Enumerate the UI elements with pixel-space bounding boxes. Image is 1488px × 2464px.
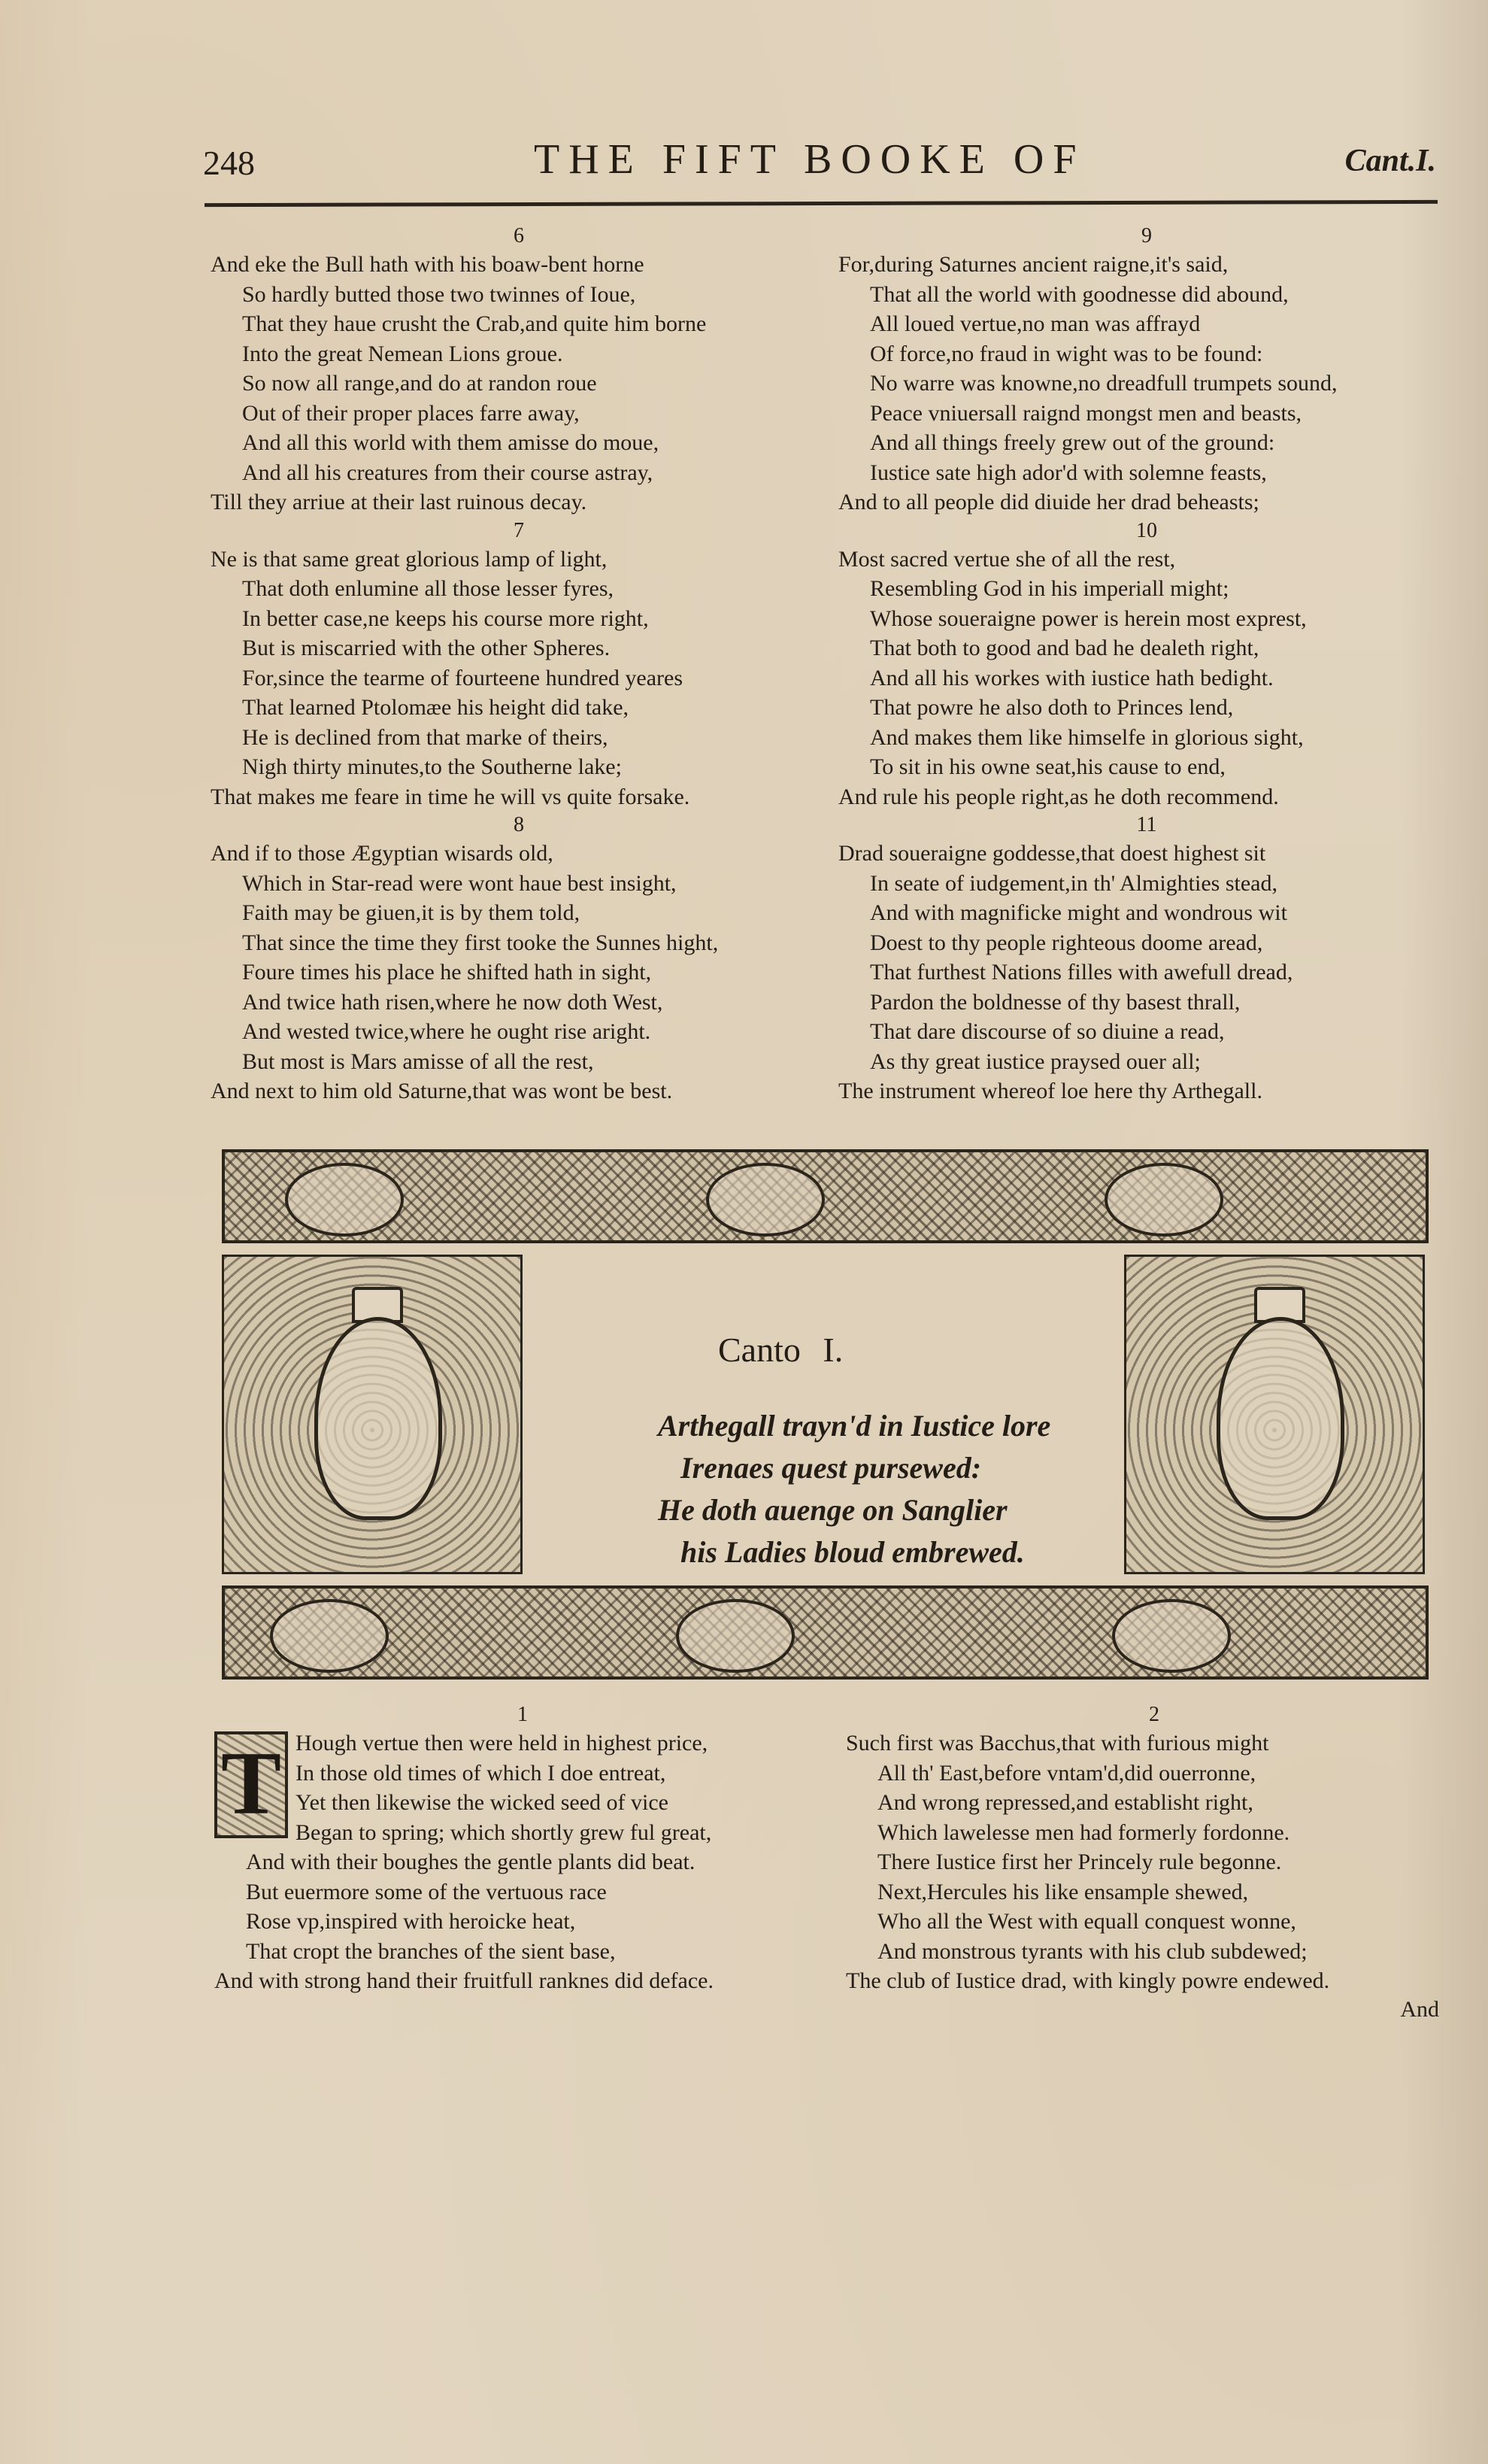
stanza-number: 2 — [846, 1701, 1462, 1728]
verse-line: And with strong hand their fruitfull ran… — [214, 1966, 831, 1996]
verse-line: That all the world with goodnesse did ab… — [838, 280, 1455, 310]
upper-left-column: 6And eke the Bull hath with his boaw-ben… — [211, 223, 827, 1106]
verse-line: As thy great iustice praysed ouer all; — [838, 1047, 1455, 1077]
stanza-number: 7 — [211, 517, 827, 545]
verse-line: That powre he also doth to Princes lend, — [838, 693, 1455, 723]
verse-line: That doth enlumine all those lesser fyre… — [211, 574, 827, 604]
verse-line: To sit in his owne seat,his cause to end… — [838, 752, 1455, 782]
argument-line: his Ladies bloud embrewed. — [658, 1531, 1050, 1573]
verse-line: And monstrous tyrants with his club subd… — [846, 1937, 1462, 1967]
verse-line: Which lawelesse men had formerly fordonn… — [846, 1818, 1462, 1848]
verse-line: And to all people did diuide her drad be… — [838, 487, 1455, 517]
running-title: THE FIFT BOOKE OF — [534, 135, 1085, 184]
section-marker: Cant.I. — [1345, 143, 1436, 179]
verse-line: So hardly butted those two twinnes of Io… — [211, 280, 827, 310]
phoenix-woodcut-icon — [1124, 1255, 1425, 1574]
verse-line: That learned Ptolomæe his height did tak… — [211, 693, 827, 723]
verse-line: And rule his people right,as he doth rec… — [838, 782, 1455, 812]
stanza: 6And eke the Bull hath with his boaw-ben… — [211, 223, 827, 517]
verse-line: Foure times his place he shifted hath in… — [211, 957, 827, 988]
verse-line: Till they arriue at their last ruinous d… — [211, 487, 827, 517]
verse-line: Ne is that same great glorious lamp of l… — [211, 545, 827, 575]
vase-ornament-icon — [706, 1163, 825, 1237]
verse-line: Such first was Bacchus,that with furious… — [846, 1728, 1462, 1758]
stanza-number: 11 — [838, 812, 1455, 839]
verse-line: And makes them like himselfe in glorious… — [838, 723, 1455, 753]
verse-line: Rose vp,inspired with heroicke heat, — [214, 1907, 831, 1937]
verse-line: And if to those Ægyptian wisards old, — [211, 839, 827, 869]
verse-line: The instrument whereof loe here thy Arth… — [838, 1076, 1455, 1106]
verse-line: Of force,no fraud in wight was to be fou… — [838, 339, 1455, 369]
verse-line: Drad soueraigne goddesse,that doest high… — [838, 839, 1455, 869]
verse-line: That they haue crusht the Crab,and quite… — [211, 309, 827, 339]
ornamental-dropcap-icon: T — [214, 1731, 288, 1838]
vase-ornament-icon — [1112, 1599, 1231, 1673]
verse-line: Into the great Nemean Lions groue. — [211, 339, 827, 369]
woodcut-border-icon — [222, 1149, 1429, 1243]
verse-line: Which in Star-read were wont haue best i… — [211, 869, 827, 899]
argument-line: He doth auenge on Sanglier — [658, 1489, 1050, 1531]
header-rule — [205, 200, 1438, 207]
upper-right-column: 9For,during Saturnes ancient raigne,it's… — [838, 223, 1455, 1106]
verse-line: So now all range,and do at randon roue — [211, 369, 827, 399]
verse-line: But most is Mars amisse of all the rest, — [211, 1047, 827, 1077]
argument-line: Irenaes quest pursewed: — [658, 1447, 1050, 1489]
verse-line: In seate of iudgement,in th' Almighties … — [838, 869, 1455, 899]
verse-line: All loued vertue,no man was affrayd — [838, 309, 1455, 339]
verse-line: And all this world with them amisse do m… — [211, 428, 827, 458]
verse-line: Resembling God in his imperiall might; — [838, 574, 1455, 604]
verse-line: Hough vertue then were held in highest p… — [214, 1728, 831, 1758]
verse-line: He is declined from that marke of theirs… — [211, 723, 827, 753]
page-number: 248 — [203, 143, 255, 183]
stanza: 11Drad soueraigne goddesse,that doest hi… — [838, 812, 1455, 1106]
verse-line: And with magnificke might and wondrous w… — [838, 898, 1455, 928]
verse-line: In better case,ne keeps his course more … — [211, 604, 827, 634]
verse-line: Next,Hercules his like ensample shewed, — [846, 1877, 1462, 1907]
canto-header: Canto I. Arthegall trayn'd in Iustice lo… — [222, 1149, 1429, 1676]
canto-title: Canto I. — [718, 1330, 843, 1370]
running-head: 248 THE FIFT BOOKE OF Cant.I. — [203, 135, 1436, 196]
verse-line: And next to him old Saturne,that was won… — [211, 1076, 827, 1106]
argument-line: Arthegall trayn'd in Iustice lore — [658, 1405, 1050, 1447]
verse-line: Most sacred vertue she of all the rest, — [838, 545, 1455, 575]
verse-line: That furthest Nations filles with aweful… — [838, 957, 1455, 988]
verse-line: And wested twice,where he ought rise ari… — [211, 1017, 827, 1047]
verse-line: Who all the West with equall conquest wo… — [846, 1907, 1462, 1937]
verse-line: Peace vniuersall raignd mongst men and b… — [838, 399, 1455, 429]
verse-line: And wrong repressed,and establisht right… — [846, 1788, 1462, 1818]
verse-line: In those old times of which I doe entrea… — [214, 1758, 831, 1789]
stanza: 7Ne is that same great glorious lamp of … — [211, 517, 827, 812]
verse-line: Pardon the boldnesse of thy basest thral… — [838, 988, 1455, 1018]
phoenix-icon — [1217, 1317, 1344, 1520]
verse-line: That makes me feare in time he will vs q… — [211, 782, 827, 812]
verse-line: And all his creatures from their course … — [211, 458, 827, 488]
stanza: 8And if to those Ægyptian wisards old,Wh… — [211, 812, 827, 1106]
canto-title-block: Canto I. Arthegall trayn'd in Iustice lo… — [523, 1255, 1124, 1574]
verse-line: Doest to thy people righteous doome area… — [838, 928, 1455, 958]
verse-line: And eke the Bull hath with his boaw-bent… — [211, 250, 827, 280]
verse-line: And all things freely grew out of the gr… — [838, 428, 1455, 458]
verse-line: No warre was knowne,no dreadfull trumpet… — [838, 369, 1455, 399]
verse-line: That both to good and bad he dealeth rig… — [838, 633, 1455, 663]
stanza-number: 1 — [214, 1701, 831, 1728]
lower-left-column: 1 T Hough vertue then were held in highe… — [214, 1701, 831, 1996]
verse-line: Out of their proper places farre away, — [211, 399, 827, 429]
stanza: 9For,during Saturnes ancient raigne,it's… — [838, 223, 1455, 517]
verse-line: But euermore some of the vertuous race — [214, 1877, 831, 1907]
canto-argument: Arthegall trayn'd in Iustice lore Irenae… — [658, 1405, 1050, 1573]
verse-line: That dare discourse of so diuine a read, — [838, 1017, 1455, 1047]
vase-ornament-icon — [676, 1599, 795, 1673]
stanza: 10Most sacred vertue she of all the rest… — [838, 517, 1455, 812]
lower-right-column: 2 Such first was Bacchus,that with furio… — [846, 1701, 1462, 1996]
stanza-number: 10 — [838, 517, 1455, 545]
vase-ornament-icon — [1105, 1163, 1223, 1237]
woodcut-border-icon — [222, 1586, 1429, 1680]
verse-line: For,during Saturnes ancient raigne,it's … — [838, 250, 1455, 280]
stanza-number: 6 — [211, 223, 827, 250]
verse-line: The club of Iustice drad, with kingly po… — [846, 1966, 1462, 1996]
verse-line: And all his workes with iustice hath bed… — [838, 663, 1455, 693]
verse-line: Iustice sate high ador'd with solemne fe… — [838, 458, 1455, 488]
verse-line: Whose soueraigne power is herein most ex… — [838, 604, 1455, 634]
catchword: And — [1400, 1997, 1439, 2022]
verse-line: And twice hath risen,where he now doth W… — [211, 988, 827, 1018]
verse-line: That since the time they first tooke the… — [211, 928, 827, 958]
verse-line: For,since the tearme of fourteene hundre… — [211, 663, 827, 693]
stanza-number: 9 — [838, 223, 1455, 250]
eagle-icon — [314, 1317, 442, 1520]
verse-line: Yet then likewise the wicked seed of vic… — [214, 1788, 831, 1818]
verse-line: And with their boughes the gentle plants… — [214, 1847, 831, 1877]
verse-line: That cropt the branches of the sient bas… — [214, 1937, 831, 1967]
verse-line: Began to spring; which shortly grew ful … — [214, 1818, 831, 1848]
stanza-number: 8 — [211, 812, 827, 839]
vase-ornament-icon — [270, 1599, 389, 1673]
verse-line: But is miscarried with the other Spheres… — [211, 633, 827, 663]
verse-line: There Iustice first her Princely rule be… — [846, 1847, 1462, 1877]
verse-line: Nigh thirty minutes,to the Southerne lak… — [211, 752, 827, 782]
crowned-eagle-woodcut-icon — [222, 1255, 523, 1574]
verse-line: Faith may be giuen,it is by them told, — [211, 898, 827, 928]
vase-ornament-icon — [285, 1163, 404, 1237]
verse-line: All th' East,before vntam'd,did ouerronn… — [846, 1758, 1462, 1789]
